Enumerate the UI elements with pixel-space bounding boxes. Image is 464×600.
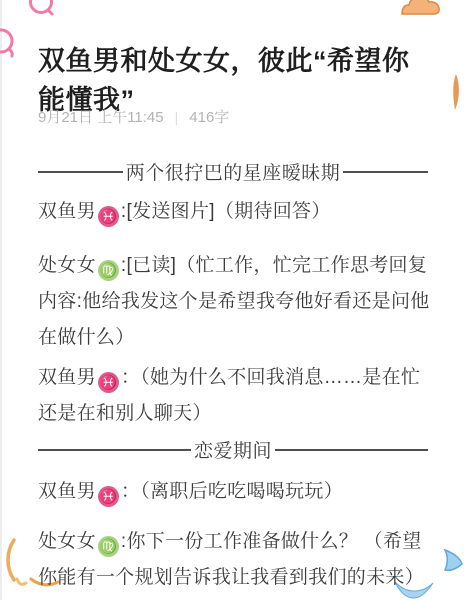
- message-text: :[发送图片]（期待回答）: [121, 201, 331, 222]
- post-date: 9月21日 上午11:45: [38, 106, 164, 127]
- section-divider-ambiguous-period: 两个很拧巴的星座暧昧期: [38, 158, 428, 185]
- divider-line: [38, 449, 191, 451]
- page-edge-line: [0, 0, 2, 600]
- message-pisces-2: 双鱼男♓：（她为什么不回我消息……是在忙还是在和别人聊天）: [38, 360, 431, 432]
- speaker-name: 双鱼男: [38, 481, 96, 502]
- orange-cloud-doodle: [399, 0, 443, 18]
- message-text: :[已读]（忙工作，忙完工作思考回复内容:他给我发这个是希望我夸他好看还是问他在…: [38, 255, 430, 348]
- meta-row: 9月21日 上午11:45 | 416字: [38, 106, 229, 127]
- section-divider-dating-period: 恋爱期间: [38, 436, 428, 463]
- speaker-name: 双鱼男: [38, 367, 96, 388]
- pink-balloon-doodle-left: [0, 25, 23, 61]
- blue-wing-doodle: [443, 548, 464, 574]
- message-pisces-3: 双鱼男♓：（离职后吃吃喝喝玩玩）: [38, 474, 431, 510]
- divider-line: [38, 171, 123, 173]
- meta-separator: |: [175, 109, 179, 125]
- message-pisces-1: 双鱼男♓:[发送图片]（期待回答）: [38, 194, 431, 230]
- word-count: 416字: [189, 106, 229, 127]
- pink-balloon-doodle-top: [25, 0, 57, 20]
- message-virgo-1: 处女女♍:[已读]（忙工作，忙完工作思考回复内容:他给我发这个是希望我夸他好看还…: [38, 248, 431, 356]
- speaker-name: 处女女: [38, 531, 96, 552]
- speaker-name: 处女女: [38, 255, 96, 276]
- pisces-icon: ♓: [98, 372, 119, 393]
- message-text: ：（离职后吃吃喝喝玩玩）: [121, 481, 343, 502]
- virgo-icon: ♍: [98, 260, 119, 281]
- divider-label: 两个很拧巴的星座暧昧期: [123, 158, 344, 185]
- message-virgo-2: 处女女♍:你下一份工作准备做什么？ （希望你能有一个规划告诉我让我看到我们的未来…: [38, 524, 431, 596]
- divider-line: [343, 171, 428, 173]
- pisces-icon: ♓: [98, 486, 119, 507]
- speaker-name: 双鱼男: [38, 201, 96, 222]
- orange-crescent-doodle: [448, 72, 464, 112]
- note-page: 双鱼男和处女女，彼此“希望你能懂我” 9月21日 上午11:45 | 416字 …: [0, 0, 464, 600]
- pisces-icon: ♓: [98, 206, 119, 227]
- divider-label: 恋爱期间: [191, 436, 275, 463]
- divider-line: [275, 449, 428, 451]
- virgo-icon: ♍: [98, 536, 119, 557]
